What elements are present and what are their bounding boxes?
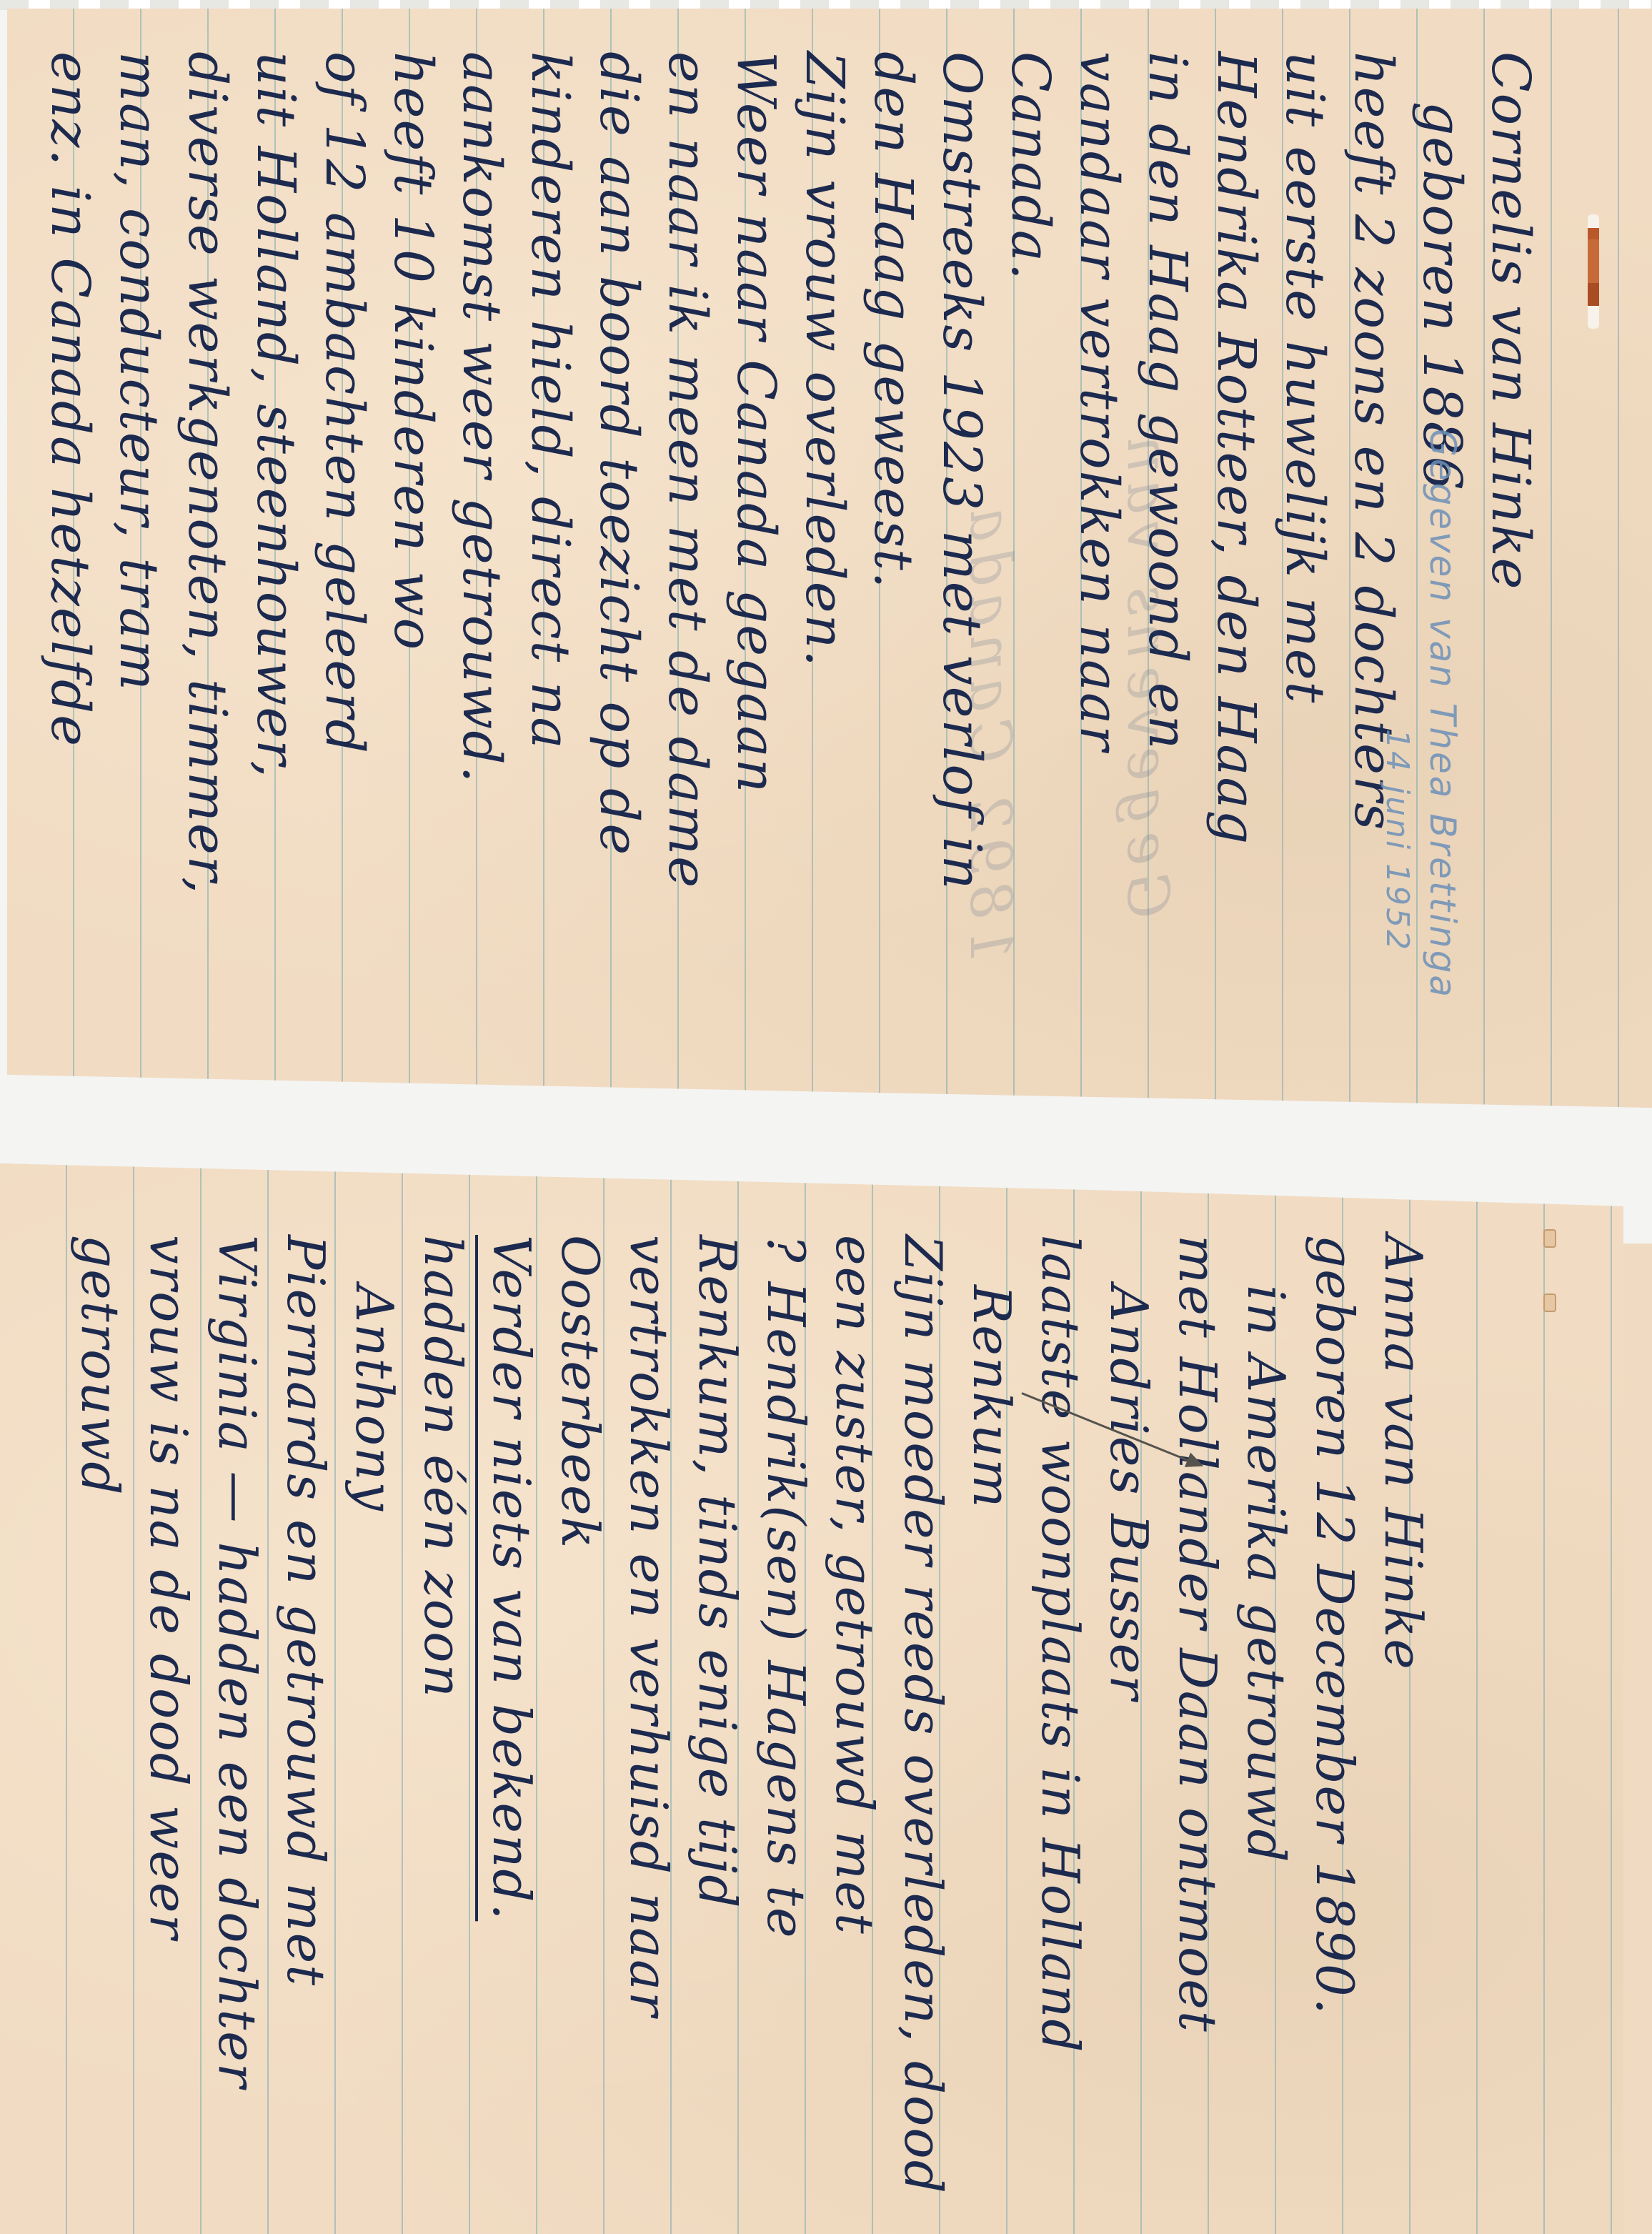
handwritten-line: of 12 ambachten geleerd (310, 51, 379, 895)
scan-edge (0, 0, 1652, 10)
handwritten-line: man, conducteur, tram (104, 51, 173, 895)
handwritten-line: kinderen hield, direct na (516, 51, 584, 895)
handwritten-line: Zijn vrouw overleden. (790, 51, 859, 895)
page-1-text: Cornelis van Hinke geboren 1886 heeft 2 … (36, 51, 1545, 895)
page-2-edge (1623, 1243, 1652, 2234)
handwritten-line: ? Hendrik(sen) Hagens te (752, 1235, 820, 2195)
handwritten-line: Weer naar Canada gegaan (722, 51, 790, 895)
handwritten-line: Hendrika Rotteer, den Haag (1202, 51, 1270, 895)
page-2-text: Anna van Hinke geboren 12 December 1890.… (66, 1235, 1438, 2195)
letter-page-2: Anna van Hinke geboren 12 December 1890.… (0, 1163, 1623, 2234)
handwritten-line: Zijn moeder reeds overleden, dood (889, 1235, 957, 2195)
handwritten-line: die aan boord toezicht op de (584, 51, 653, 895)
handwritten-line: geboren 12 December 1890. (1300, 1235, 1369, 2195)
handwritten-line: vertrokken en verhuisd naar (614, 1235, 683, 2195)
pencil-annotation-date: 14 juni 1952 (1379, 729, 1415, 952)
handwritten-line: een zuster, getrouwd met (820, 1235, 889, 2195)
handwritten-line: heeft 10 kinderen wo (379, 51, 447, 895)
handwritten-line: enz. in Canada hetzelfde (36, 51, 104, 895)
handwritten-line: in Amerika getrouwd (1232, 1235, 1300, 2195)
ink-bleed-through: Gegevens van (1115, 429, 1181, 918)
handwritten-line: vrouw is na de dood weer (134, 1235, 203, 2195)
handwritten-line: diverse werkgenoten, timmer, (173, 51, 242, 895)
handwritten-line: Anna van Hinke (1369, 1235, 1438, 2195)
handwritten-line: getrouwd (66, 1235, 134, 2195)
staple-hole (1543, 1229, 1556, 1248)
handwritten-line: uit Holland, steenhouwer, (242, 51, 310, 895)
ink-bleed-through: 1892 Canada (957, 500, 1024, 962)
staple-hole (1543, 1294, 1556, 1312)
handwritten-line: Renkum (957, 1235, 1026, 2195)
handwritten-line: Virginia — hadden een dochter (203, 1235, 272, 2195)
handwritten-line: hadden één zoon (409, 1235, 477, 2195)
handwritten-line: Cornelis van Hinke (1476, 51, 1545, 895)
rusted-staple-icon (1588, 214, 1599, 329)
handwritten-line-underlined: Verder niets van bekend. (477, 1235, 546, 2195)
staple-holes-icon (1543, 1229, 1553, 1308)
pencil-annotation-source: Gegeven van Thea Brettinga (1422, 429, 1463, 999)
handwritten-line: aankomst weer getrouwd. (447, 51, 516, 895)
handwritten-line: den Haag geweest. (859, 51, 927, 895)
handwritten-line: en naar ik meen met de dame (653, 51, 722, 895)
handwritten-line: uit eerste huwelijk met (1270, 51, 1339, 895)
handwritten-line: Andries Busser (1095, 1235, 1163, 2195)
handwritten-line: laatste woonplaats in Holland (1026, 1235, 1095, 2195)
handwritten-line: Piernards en getrouwd met (272, 1235, 340, 2195)
handwritten-line: Renkum, tinds enige tijd (683, 1235, 752, 2195)
handwritten-line: Oosterbeek (546, 1235, 614, 2195)
handwritten-line: Anthony (340, 1235, 409, 2195)
handwritten-line: met Hollander Daan ontmoet (1163, 1235, 1232, 2195)
